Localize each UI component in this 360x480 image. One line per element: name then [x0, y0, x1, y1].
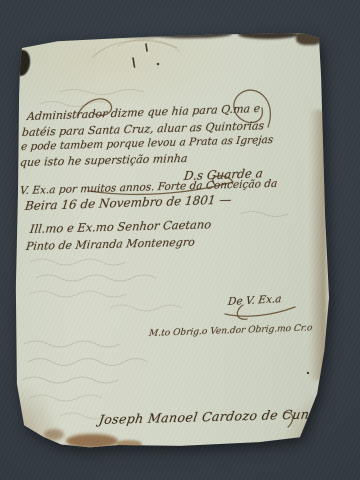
- addressee-line-2: Pinto de Miranda Montenegro: [25, 236, 195, 253]
- photo-background: Administrador dizme que hia para Q.ma e …: [0, 0, 360, 480]
- browned-bottom-left: [12, 378, 64, 444]
- closing-formula: M.to Obrig.o Ven.dor Obrig.mo Cr.o: [148, 323, 312, 339]
- browned-right-edge: [310, 110, 326, 380]
- letter-body-line: que isto he superstição minha: [19, 152, 188, 169]
- stain-bottom-edge: [44, 429, 64, 440]
- stain-top-right-corner: [296, 31, 322, 45]
- paper-shadow-wrap: Administrador dizme que hia para Q.ma e …: [0, 0, 360, 480]
- manuscript-paper: Administrador dizme que hia para Q.ma e …: [0, 0, 360, 480]
- stain-bottom-edge: [116, 440, 142, 448]
- addressee-line-1: Ill.mo e Ex.mo Senhor Caetano: [29, 217, 212, 236]
- signature-line: Joseph Manoel Cardozo de Cunha: [98, 406, 327, 427]
- tear-left-edge: [12, 49, 31, 77]
- stain-top-edge: [158, 30, 232, 38]
- closing-intro: De V. Ex.a: [227, 293, 282, 308]
- stain-top-edge: [118, 33, 164, 38]
- stain-top-edge: [238, 30, 298, 39]
- stain-bottom-edge: [66, 434, 118, 448]
